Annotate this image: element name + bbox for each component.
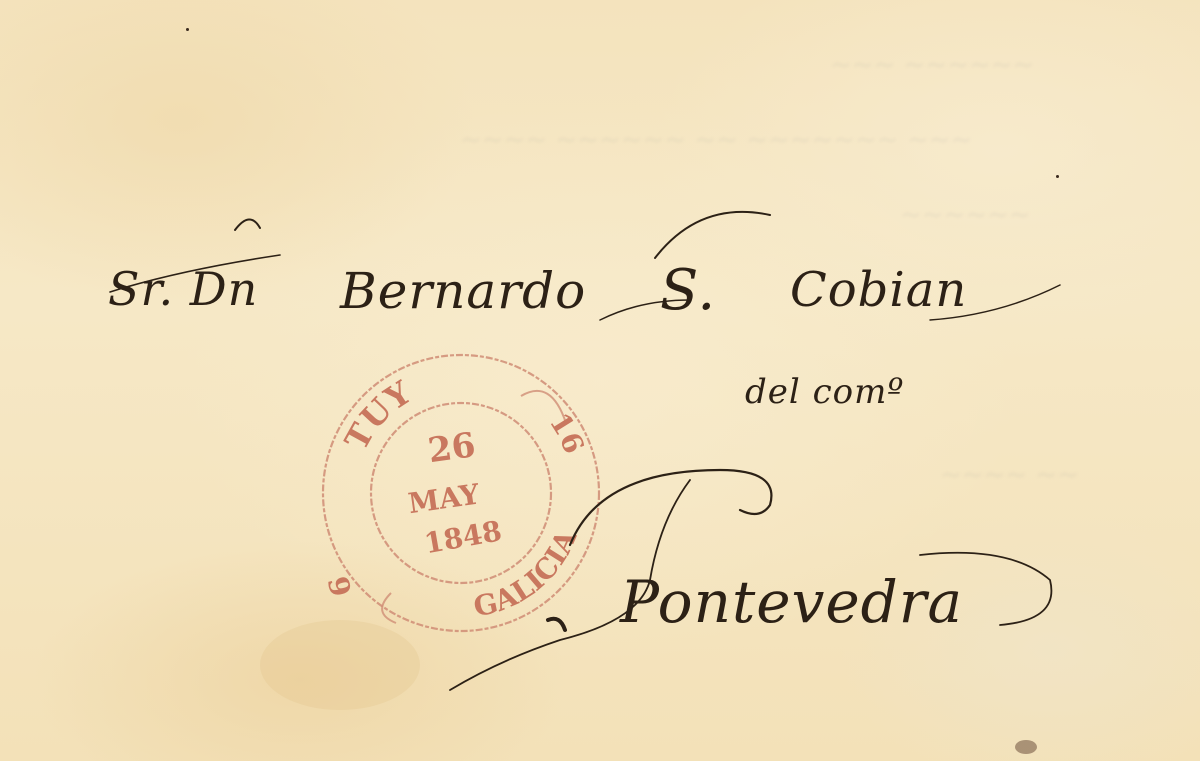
address-salutation: Sr. Dn [108,262,258,316]
bleed-through-text: ~~~~ ~~~~~~ ~~ ~~~~~~~ ~~~ [460,125,972,155]
postmark-town: TUY [337,373,419,456]
postmark-month: MAY [406,477,482,520]
address-surname: Cobian [790,262,967,318]
bleed-through-text: ~~~ ~~~~~~ [830,50,1034,80]
address-city: Pontevedra [620,568,963,636]
address-name: Bernardo [340,262,586,320]
address-initial: S. [660,258,716,323]
bleed-through-text: ~~~~~~ [900,200,1031,230]
postmark-left-number: 6 [322,573,359,600]
address-line-2: del comº [745,372,904,412]
ink-spot [186,28,189,31]
postmark-day: 26 [426,425,478,471]
bleed-through-text: ~~~~ ~~ [940,460,1079,490]
ink-spot [1015,740,1037,754]
postmark-stamp: TUY 16 GALICIA 6 26 MAY 1848 [316,348,606,638]
postmark-right-number: 16 [543,407,591,458]
ink-spot [1056,175,1059,178]
postmark-year: 1848 [422,514,504,560]
